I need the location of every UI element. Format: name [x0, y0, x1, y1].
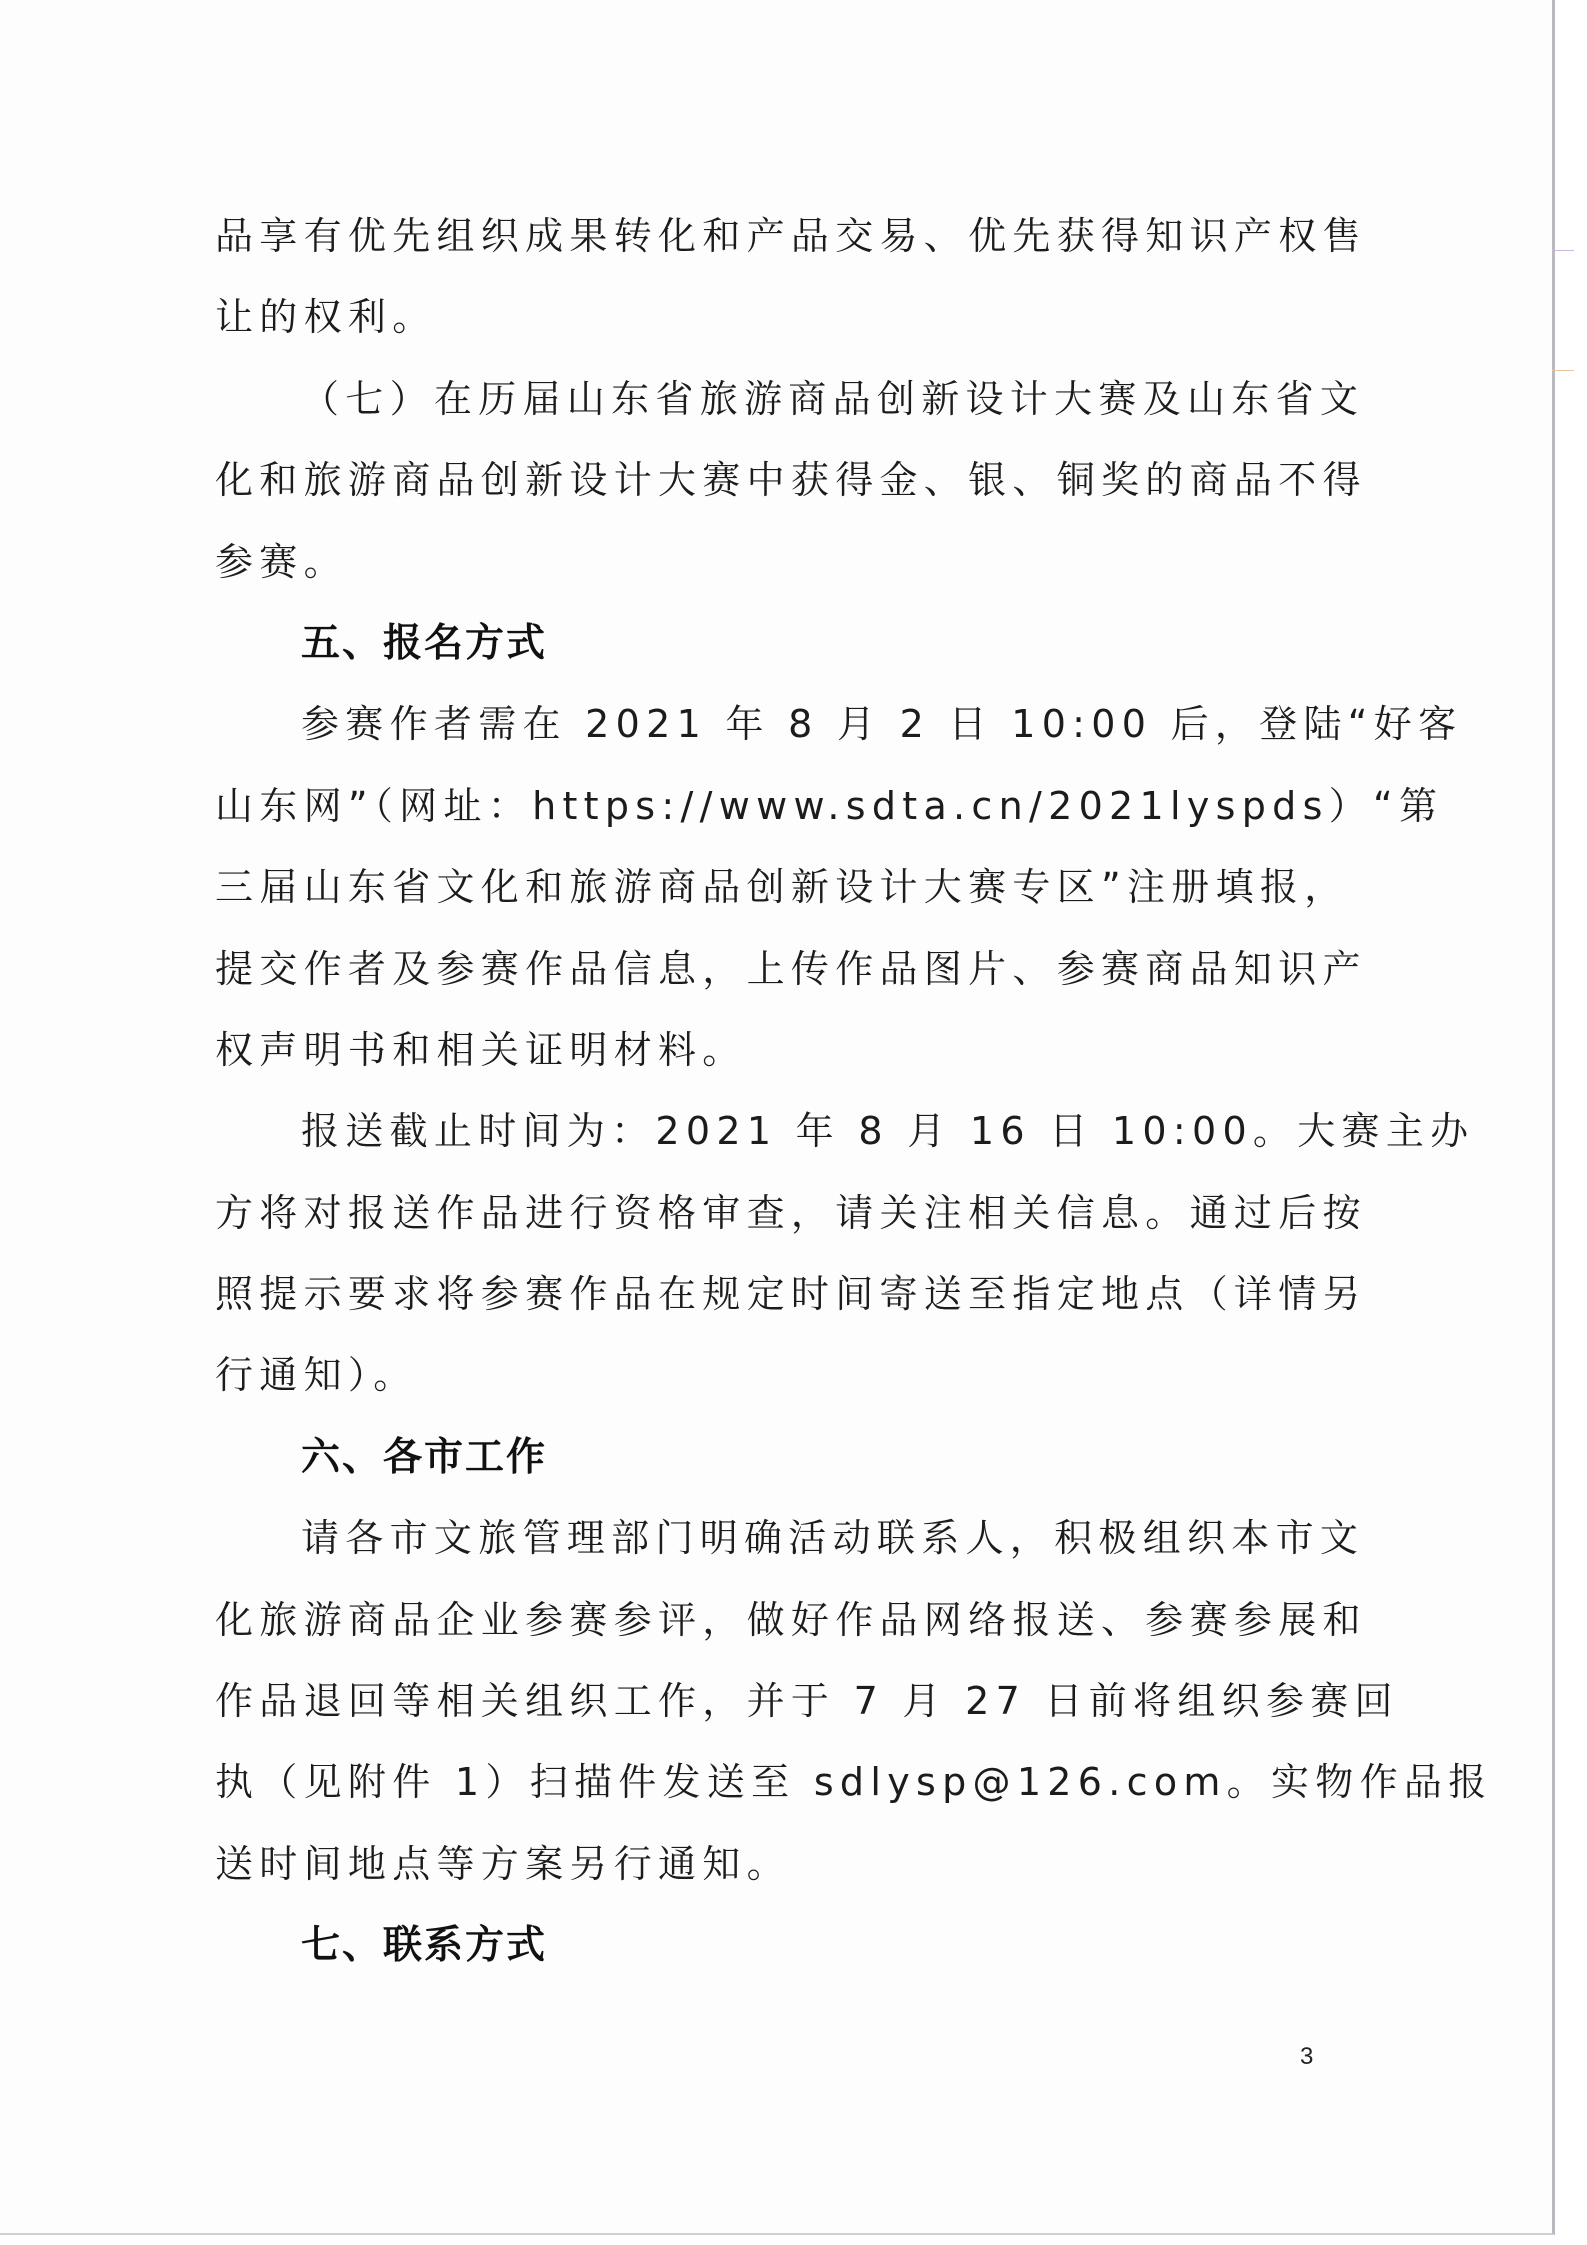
section-heading-contact: 七、联系方式: [215, 1905, 1320, 1986]
paragraph-line: 参赛作者需在 2021 年 8 月 2 日 10:00 后，登陆“好客: [215, 684, 1320, 765]
paragraph-line: 权声明书和相关证明材料。: [215, 1010, 1320, 1091]
paragraph-line: 作品退回等相关组织工作，并于 7 月 27 日前将组织参赛回: [215, 1661, 1320, 1742]
paragraph-line: 请各市文旅管理部门明确活动联系人，积极组织本市文: [215, 1498, 1320, 1579]
paragraph-line: 行通知）。: [215, 1335, 1320, 1416]
paragraph-line-with-website: 山东网”（网址：https://www.sdta.cn/2021lyspds）“…: [215, 766, 1320, 847]
scan-artifact: [1552, 250, 1574, 251]
paragraph-line: 提交作者及参赛作品信息，上传作品图片、参赛商品知识产: [215, 929, 1320, 1010]
paragraph-line: 三届山东省文化和旅游商品创新设计大赛专区”注册填报，: [215, 847, 1320, 928]
paragraph-line: 参赛。: [215, 522, 1320, 603]
scan-artifact: [1552, 370, 1574, 371]
page-number: 3: [1300, 2043, 1313, 2071]
document-body: 品享有优先组织成果转化和产品交易、优先获得知识产权售 让的权利。 （七）在历届山…: [215, 196, 1320, 1987]
paragraph-line-deadline: 报送截止时间为：2021 年 8 月 16 日 10:00。大赛主办: [215, 1091, 1320, 1172]
paragraph-line: 方将对报送作品进行资格审查，请关注相关信息。通过后按: [215, 1173, 1320, 1254]
section-heading-registration: 五、报名方式: [215, 603, 1320, 684]
section-heading-city-work: 六、各市工作: [215, 1417, 1320, 1498]
paragraph-line: 让的权利。: [215, 277, 1320, 358]
paragraph-line-with-email: 执（见附件 1）扫描件发送至 sdlysp@126.com。实物作品报: [215, 1742, 1320, 1823]
paragraph-line: 化旅游商品企业参赛参评，做好作品网络报送、参赛参展和: [215, 1580, 1320, 1661]
paragraph-line: 品享有优先组织成果转化和产品交易、优先获得知识产权售: [215, 196, 1320, 277]
paragraph-line: 化和旅游商品创新设计大赛中获得金、银、铜奖的商品不得: [215, 440, 1320, 521]
paragraph-line: 送时间地点等方案另行通知。: [215, 1824, 1320, 1905]
paragraph-line: （七）在历届山东省旅游商品创新设计大赛及山东省文: [215, 359, 1320, 440]
paragraph-line: 照提示要求将参赛作品在规定时间寄送至指定地点（详情另: [215, 1254, 1320, 1335]
document-page: 品享有优先组织成果转化和产品交易、优先获得知识产权售 让的权利。 （七）在历届山…: [0, 0, 1555, 2235]
